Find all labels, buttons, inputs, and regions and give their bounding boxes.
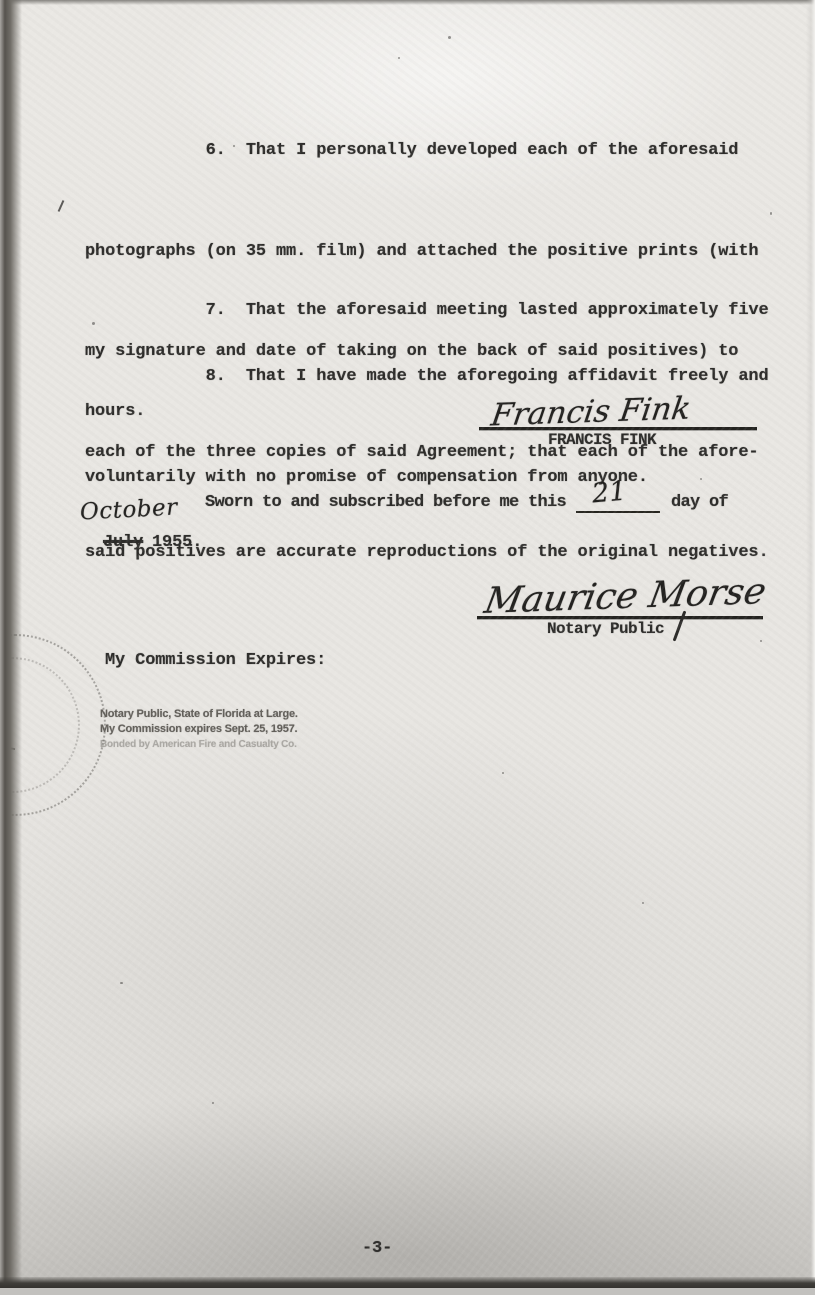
paper-speck [398,57,400,59]
scan-edge-left [0,0,22,1295]
notary-typed-title: Notary Public [547,621,664,638]
scan-edge-bottom [0,1277,815,1288]
scan-background-bottom [0,1288,815,1295]
paper-speck [760,640,762,642]
paper-speck [233,145,235,147]
typed-line: 6. That I personally developed each of t… [85,134,769,168]
sworn-clause-day-of: day of [671,486,728,520]
paper-speck [120,982,123,984]
stamp-line: My Commission expires Sept. 25, 1957. [100,722,298,737]
scanned-affidavit-page: 6. That I personally developed each of t… [0,0,815,1295]
handwritten-month-correction: October [79,494,178,525]
paper-speck [642,902,644,904]
paper-speck [212,1102,214,1104]
year-text: 1955. [152,526,202,560]
paper-speck [92,322,95,325]
page-number: -3- [362,1232,392,1266]
paper-speck [770,212,772,215]
notary-signature-line [477,616,763,619]
paper-speck [700,478,702,480]
paper-speck [58,200,65,212]
paper-speck [448,36,451,39]
affiant-typed-name: FRANCIS FINK [548,432,656,449]
sworn-clause-text: Sworn to and subscribed before me this [205,486,566,520]
handwritten-day: 21 [591,476,628,510]
struck-month: July [103,526,143,560]
stamp-line: Bonded by American Fire and Casualty Co. [100,737,298,752]
paper-speck [502,772,504,774]
stamp-line: Notary Public, State of Florida at Large… [100,707,298,722]
typed-line: 8. That I have made the aforegoing affid… [85,360,769,394]
affiant-signature-line [479,427,757,430]
scan-edge-right [806,0,815,1295]
commission-expires-label: My Commission Expires: [105,644,326,678]
scan-edge-top [0,0,815,5]
notary-stamp: Notary Public, State of Florida at Large… [100,707,298,752]
